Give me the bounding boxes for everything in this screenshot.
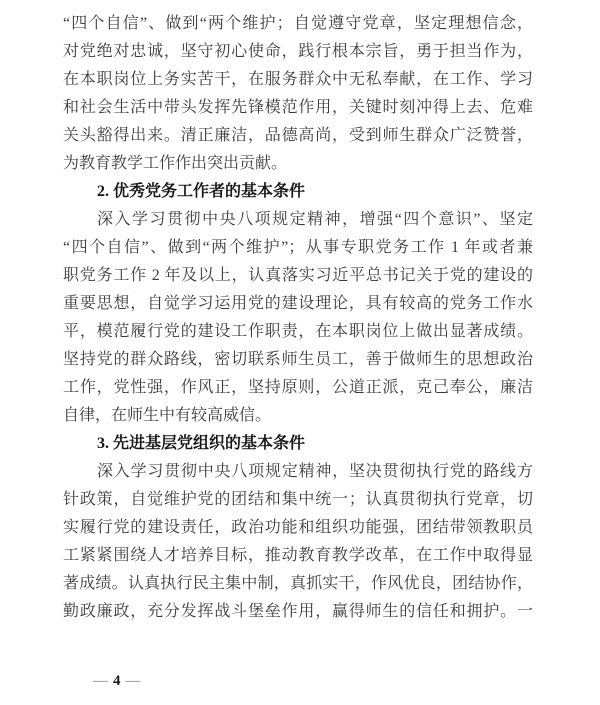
text-line: 深入学习贯彻中央八项规定精神，坚决贯彻执行党的路线方 — [63, 458, 533, 486]
text-line: 自律，在师生中有较高威信。 — [63, 402, 533, 430]
text-line: 平，模范履行党的建设工作职责，在本职岗位上做出显著成绩。 — [63, 318, 533, 346]
text-line: 工作，党性强，作风正，坚持原则，公道正派，克己奉公，廉洁 — [63, 374, 533, 402]
em-dash-right: — — [126, 673, 141, 689]
text-line: 关头豁得出来。清正廉洁，品德高尚，受到师生群众广泛赞誉， — [63, 122, 533, 150]
paragraph-3: 深入学习贯彻中央八项规定精神，坚决贯彻执行党的路线方 针政策，自觉维护党的团结和… — [63, 458, 533, 626]
section-heading-2: 2. 优秀党务工作者的基本条件 — [63, 178, 533, 206]
document-page: “四个自信”、做到“两个维护；自觉遵守党章，坚定理想信念， 对党绝对忠诚，坚守初… — [0, 0, 600, 705]
text-line: 坚持党的群众路线，密切联系师生员工，善于做师生的思想政治 — [63, 346, 533, 374]
page-number: —4— — [88, 671, 146, 691]
text-line: 著成绩。认真执行民主集中制，真抓实干，作风优良，团结协作， — [63, 570, 533, 598]
section-heading-3: 3. 先进基层党组织的基本条件 — [63, 430, 533, 458]
text-line: “四个自信”、做到“两个维护”；从事专职党务工作 1 年或者兼 — [63, 234, 533, 262]
paragraph-2: 深入学习贯彻中央八项规定精神，增强“四个意识”、坚定 “四个自信”、做到“两个维… — [63, 206, 533, 430]
paragraph-1: “四个自信”、做到“两个维护；自觉遵守党章，坚定理想信念， 对党绝对忠诚，坚守初… — [63, 10, 533, 178]
document-text-block: “四个自信”、做到“两个维护；自觉遵守党章，坚定理想信念， 对党绝对忠诚，坚守初… — [63, 10, 533, 626]
text-line: “四个自信”、做到“两个维护；自觉遵守党章，坚定理想信念， — [63, 10, 533, 38]
text-line: 针政策，自觉维护党的团结和集中统一；认真贯彻执行党章，切 — [63, 486, 533, 514]
text-line: 和社会生活中带头发挥先锋模范作用，关键时刻冲得上去、危难 — [63, 94, 533, 122]
text-line: 职党务工作 2 年及以上，认真落实习近平总书记关于党的建设的 — [63, 262, 533, 290]
text-line: 实履行党的建设责任，政治功能和组织功能强，团结带领教职员 — [63, 514, 533, 542]
text-line: 深入学习贯彻中央八项规定精神，增强“四个意识”、坚定 — [63, 206, 533, 234]
text-line: 重要思想，自觉学习运用党的建设理论，具有较高的党务工作水 — [63, 290, 533, 318]
text-line: 为教育教学工作作出突出贡献。 — [63, 150, 533, 178]
em-dash-left: — — [93, 673, 108, 689]
text-line: 勤政廉政，充分发挥战斗堡垒作用，赢得师生的信任和拥护。一 — [63, 598, 533, 626]
page-number-value: 4 — [113, 673, 121, 689]
text-line: 在本职岗位上务实苦干，在服务群众中无私奉献，在工作、学习 — [63, 66, 533, 94]
text-line: 工紧紧围绕人才培养目标，推动教育教学改革，在工作中取得显 — [63, 542, 533, 570]
text-line: 对党绝对忠诚，坚守初心使命，践行根本宗旨，勇于担当作为， — [63, 38, 533, 66]
